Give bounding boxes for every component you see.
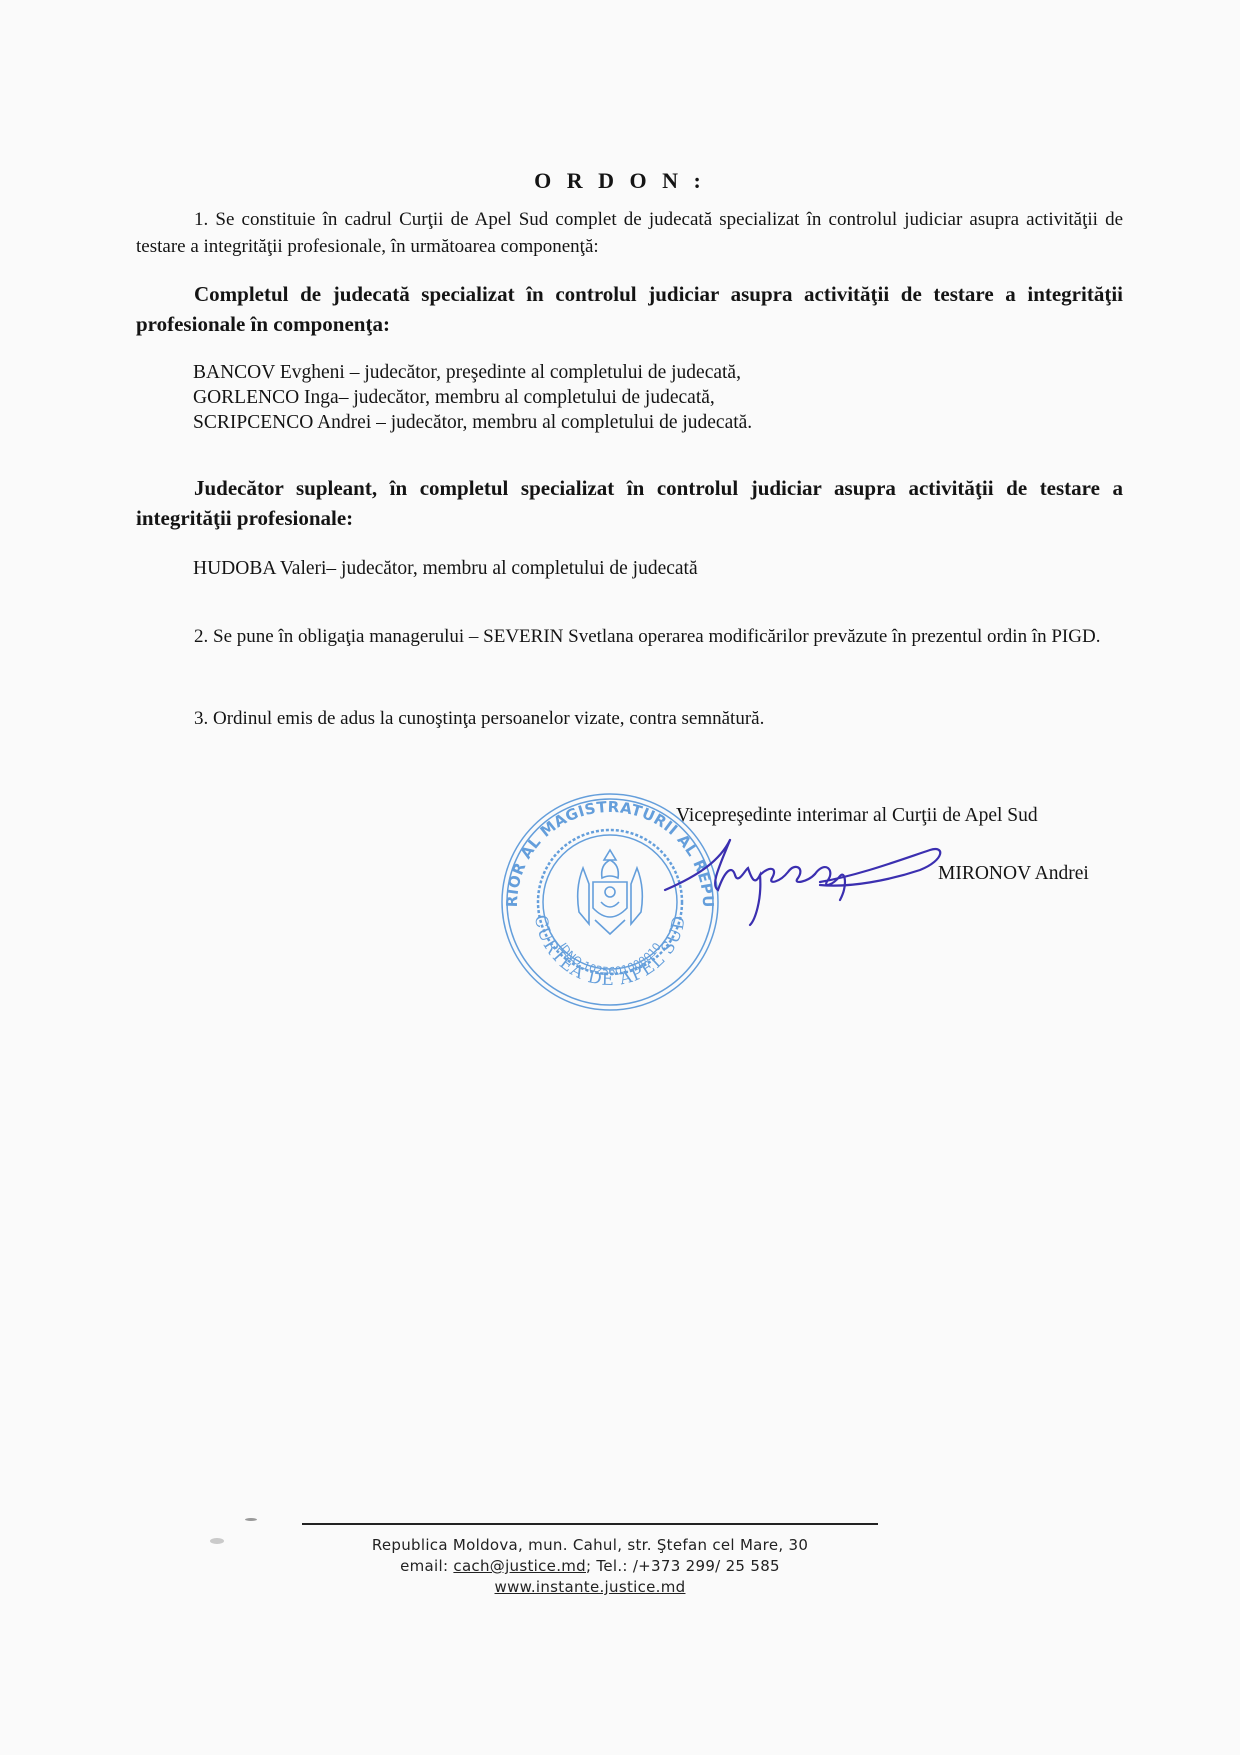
- footer-website-link[interactable]: www.instante.justice.md: [495, 1578, 686, 1596]
- signature: [660, 830, 960, 930]
- substitute-title: Judecător supleant, în completul special…: [136, 473, 1123, 533]
- panel-member: BANCOV Evgheni – judecător, preşedinte a…: [193, 360, 741, 385]
- footer-address: Republica Moldova, mun. Cahul, str. Ştef…: [300, 1535, 880, 1556]
- order-heading: O R D O N :: [0, 168, 1240, 194]
- item-2-text: 2. Se pune în obligaţia managerului – SE…: [136, 623, 1123, 650]
- footer-contact: email: cach@justice.md; Tel.: /+373 299/…: [300, 1556, 880, 1577]
- footer-email-label: email:: [400, 1557, 453, 1575]
- footer-website: www.instante.justice.md: [300, 1577, 880, 1598]
- document-page: O R D O N : 1. Se constituie în cadrul C…: [0, 0, 1240, 1755]
- footer-phone: ; Tel.: /+373 299/ 25 585: [586, 1557, 780, 1575]
- panel-title: Completul de judecată specializat în con…: [136, 279, 1123, 339]
- item-3-text: 3. Ordinul emis de adus la cunoştinţa pe…: [136, 705, 1123, 732]
- footer-divider: [302, 1523, 878, 1525]
- substitute-member: HUDOBA Valeri– judecător, membru al comp…: [193, 556, 698, 581]
- scan-speck: [210, 1538, 224, 1544]
- signatory-title: Vicepreşedinte interimar al Curţii de Ap…: [676, 805, 1038, 827]
- panel-member: GORLENCO Inga– judecător, membru al comp…: [193, 385, 715, 410]
- coat-of-arms-icon: [578, 850, 643, 934]
- footer-email-link[interactable]: cach@justice.md: [453, 1557, 586, 1575]
- signatory-name: MIRONOV Andrei: [938, 863, 1089, 885]
- item-1-text: 1. Se constituie în cadrul Curţii de Ape…: [136, 206, 1123, 260]
- panel-member: SCRIPCENCO Andrei – judecător, membru al…: [193, 410, 752, 435]
- scan-speck: [245, 1518, 257, 1521]
